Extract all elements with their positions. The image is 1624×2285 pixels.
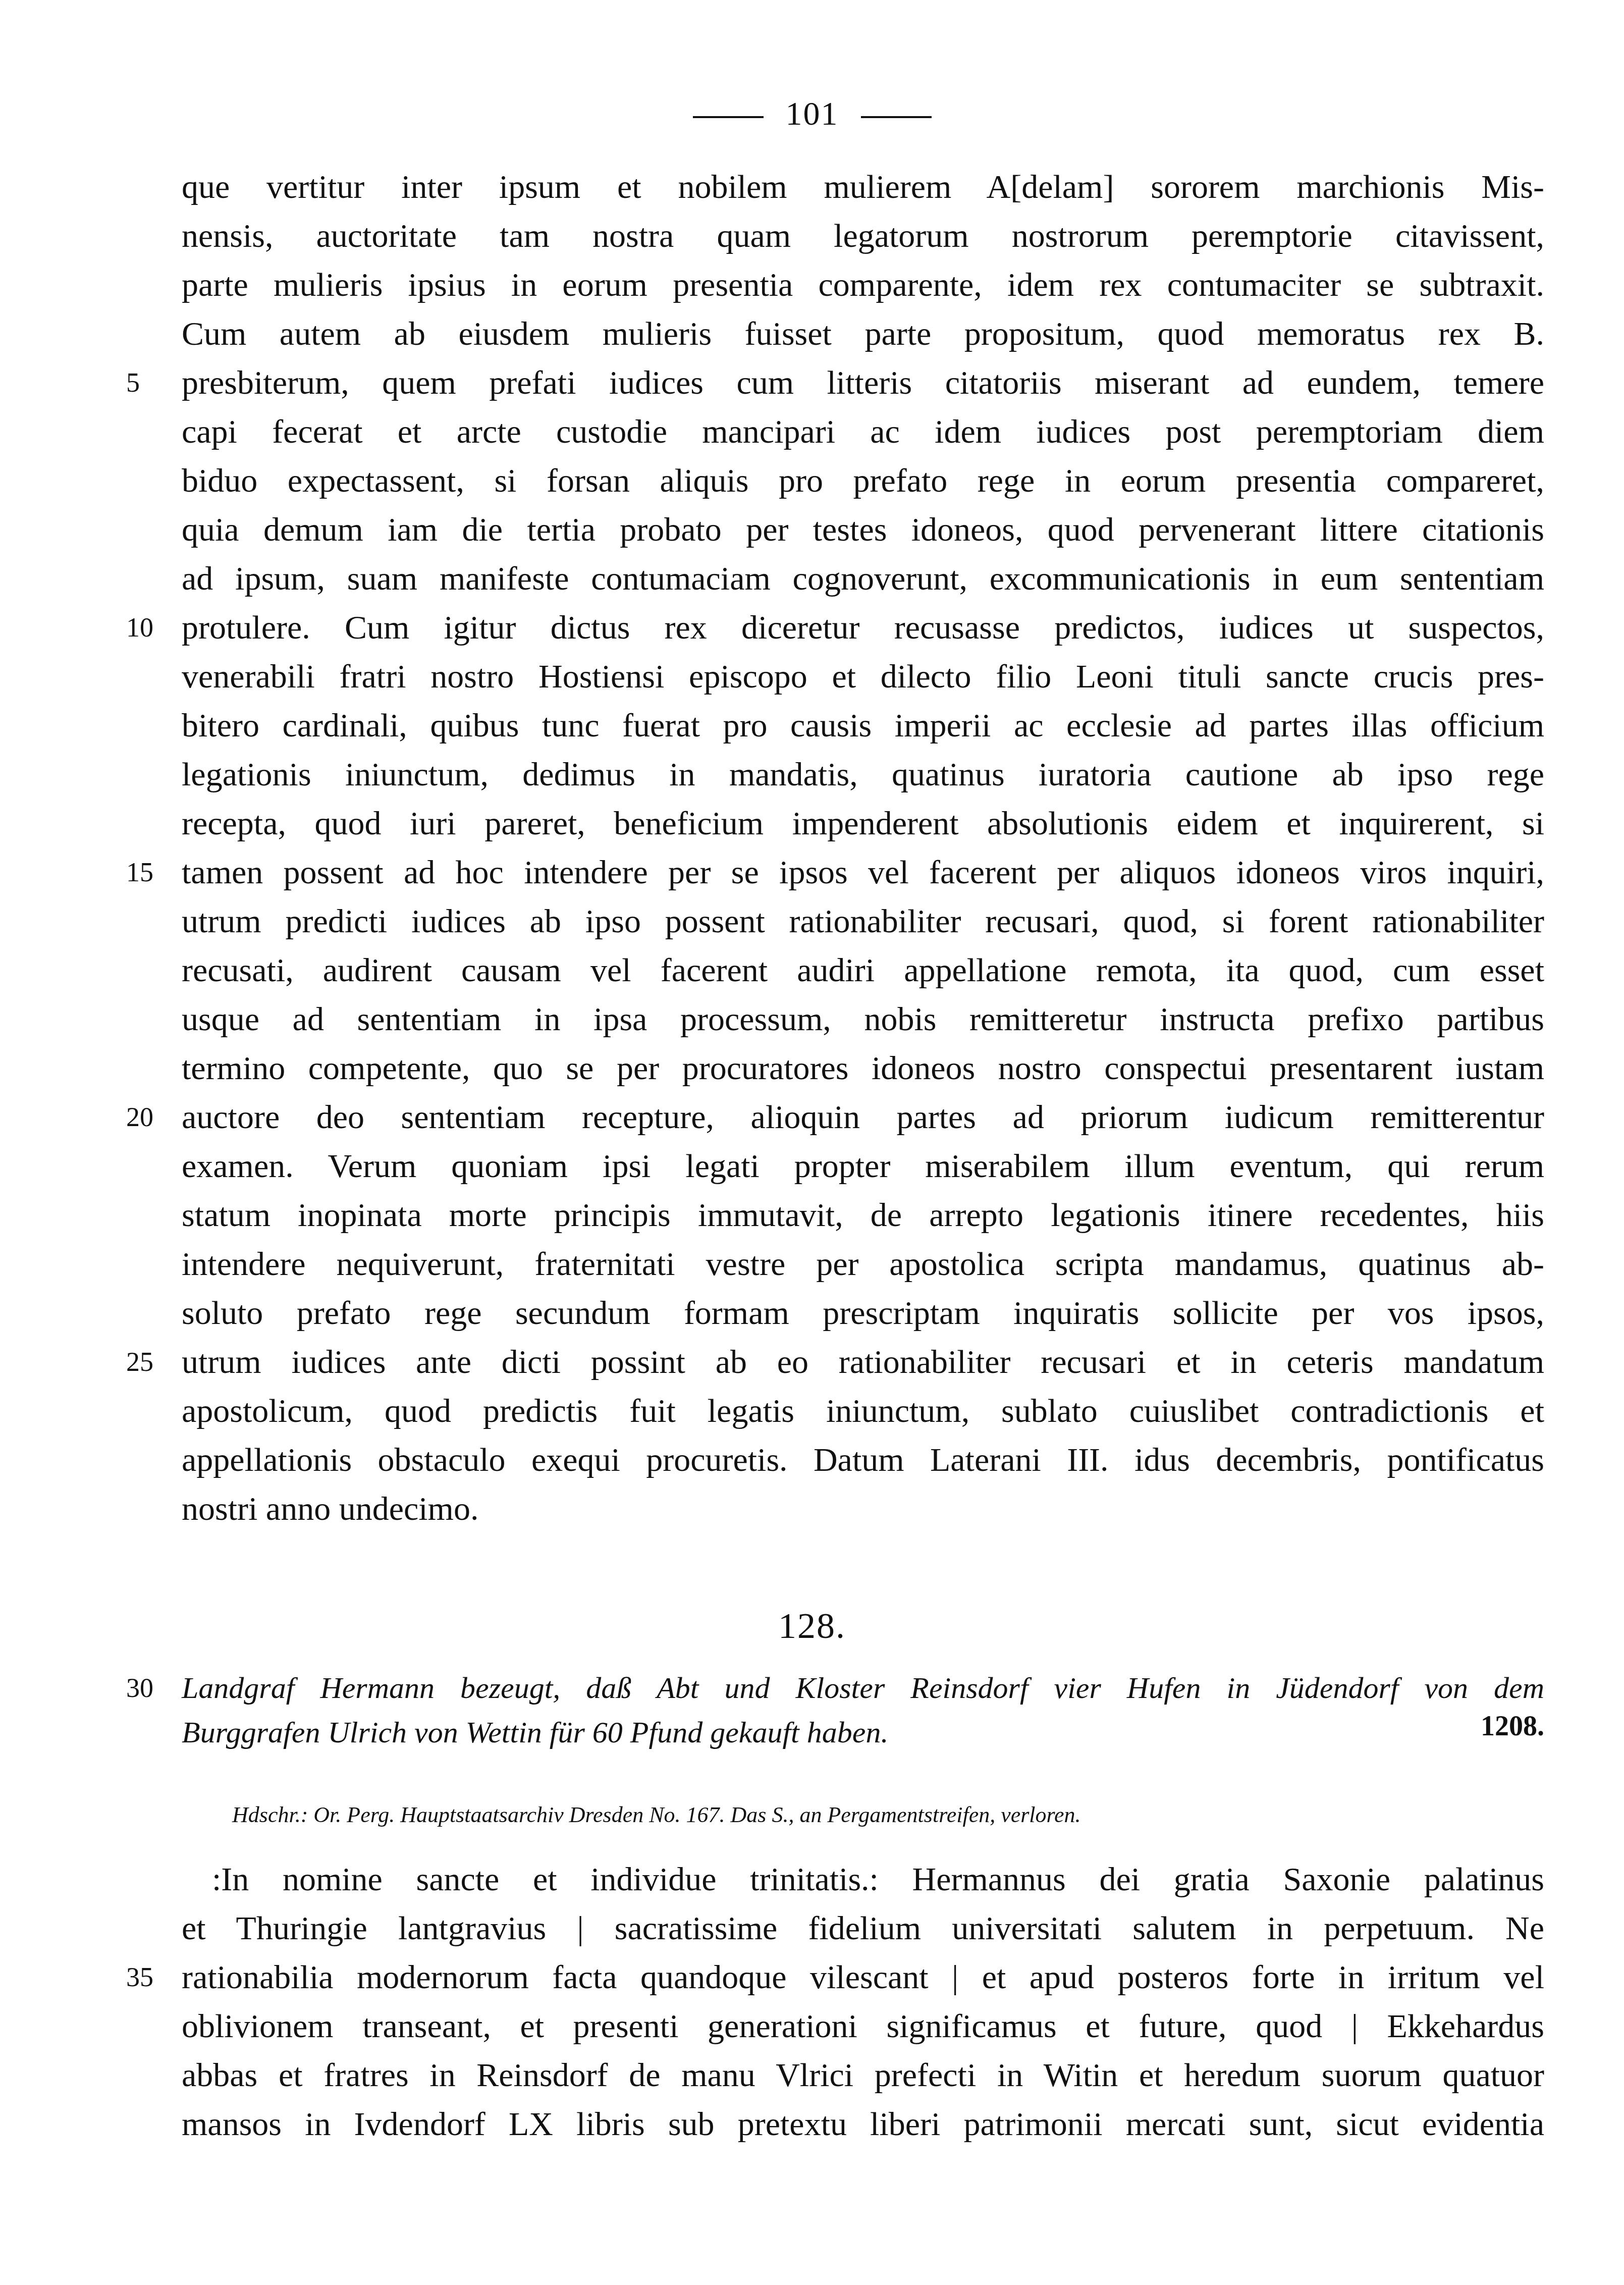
line-text: utrum iudices ante dicti possint ab eo r…	[182, 1344, 1544, 1380]
line-text: Cum autem ab eiusdem mulieris fuisset pa…	[182, 315, 1544, 352]
line-text: recusati, audirent causam vel facerent a…	[182, 952, 1544, 989]
line-text: parte mulieris ipsius in eorum presentia…	[182, 267, 1544, 303]
line-text: rationabilia modernorum facta quandoque …	[182, 1959, 1544, 1996]
regest-text: Burggrafen Ulrich von Wettin für 60 Pfun…	[182, 1716, 888, 1749]
line-text: statum inopinata morte principis immutav…	[182, 1197, 1544, 1234]
line-text: bitero cardinali, quibus tunc fuerat pro…	[182, 707, 1544, 744]
line-text: venerabili fratri nostro Hostiensi episc…	[182, 658, 1544, 695]
continuation-text-block: que vertitur inter ipsum et nobilem muli…	[182, 163, 1544, 1533]
line-number: 20	[126, 1093, 167, 1142]
line-text: presbiterum, quem prefati iudices cum li…	[182, 364, 1544, 401]
regest: 30 Landgraf Hermann bezeugt, daß Abt und…	[182, 1666, 1544, 1755]
document-number: 128.	[0, 1605, 1624, 1647]
text-line: nensis, auctoritate tam nostra quam lega…	[182, 211, 1544, 260]
line-text: oblivionem transeant, et presenti genera…	[182, 2008, 1544, 2045]
text-line: 25utrum iudices ante dicti possint ab eo…	[182, 1338, 1544, 1387]
text-line: intendere nequiverunt, fraternitati vest…	[182, 1240, 1544, 1289]
text-line: quia demum iam die tertia probato per te…	[182, 505, 1544, 554]
text-line: nostri anno undecimo.	[182, 1484, 1544, 1533]
header-rule-left	[693, 116, 764, 118]
line-number: 25	[126, 1338, 167, 1387]
charter-text-block: :In nomine sancte et individue trinitati…	[182, 1855, 1544, 2149]
source-note: Hdschr.: Or. Perg. Hauptstaatsarchiv Dre…	[232, 1802, 1081, 1828]
text-line: mansos in Ivdendorf LX libris sub pretex…	[182, 2100, 1544, 2149]
document-date: 1208.	[1481, 1710, 1544, 1742]
line-text: examen. Verum quoniam ipsi legati propte…	[182, 1148, 1544, 1185]
line-text: ad ipsum, suam manifeste contumaciam cog…	[182, 560, 1544, 597]
text-line: parte mulieris ipsius in eorum presentia…	[182, 260, 1544, 309]
text-line: legationis iniunctum, dedimus in mandati…	[182, 750, 1544, 799]
line-text: que vertitur inter ipsum et nobilem muli…	[182, 169, 1544, 205]
line-number: 30	[126, 1666, 167, 1710]
text-line: biduo expectassent, si forsan aliquis pr…	[182, 456, 1544, 505]
text-line: 5presbiterum, quem prefati iudices cum l…	[182, 358, 1544, 407]
line-text: capi fecerat et arcte custodie mancipari…	[182, 413, 1544, 450]
text-line: 35rationabilia modernorum facta quandoqu…	[182, 1953, 1544, 2002]
text-line: termino competente, quo se per procurato…	[182, 1044, 1544, 1093]
header-rule-right	[861, 116, 932, 118]
text-line: bitero cardinali, quibus tunc fuerat pro…	[182, 701, 1544, 750]
text-line: Cum autem ab eiusdem mulieris fuisset pa…	[182, 309, 1544, 358]
line-number: 35	[126, 1953, 167, 2002]
line-number: 15	[126, 848, 167, 897]
running-head: 101	[0, 95, 1624, 133]
line-text: utrum predicti iudices ab ipso possent r…	[182, 903, 1544, 940]
text-line: :In nomine sancte et individue trinitati…	[182, 1855, 1544, 1904]
line-text: soluto prefato rege secundum formam pres…	[182, 1295, 1544, 1332]
line-text: tamen possent ad hoc intendere per se ip…	[182, 854, 1544, 891]
line-text: legationis iniunctum, dedimus in mandati…	[182, 756, 1544, 793]
text-line: utrum predicti iudices ab ipso possent r…	[182, 897, 1544, 946]
line-text: nostri anno undecimo.	[182, 1491, 478, 1527]
line-text: auctore deo sententiam recepture, alioqu…	[182, 1099, 1544, 1136]
line-text: abbas et fratres in Reinsdorf de manu Vl…	[182, 2057, 1544, 2094]
line-number: 5	[126, 358, 167, 407]
line-text: intendere nequiverunt, fraternitati vest…	[182, 1246, 1544, 1283]
text-line: ad ipsum, suam manifeste contumaciam cog…	[182, 554, 1544, 603]
text-line: usque ad sententiam in ipsa processum, n…	[182, 995, 1544, 1044]
page-number: 101	[786, 95, 839, 132]
text-line: recusati, audirent causam vel facerent a…	[182, 946, 1544, 995]
text-line: venerabili fratri nostro Hostiensi episc…	[182, 652, 1544, 701]
text-line: abbas et fratres in Reinsdorf de manu Vl…	[182, 2051, 1544, 2100]
text-line: oblivionem transeant, et presenti genera…	[182, 2002, 1544, 2051]
text-line: apostolicum, quod predictis fuit legatis…	[182, 1387, 1544, 1436]
line-text: et Thuringie lantgravius | sacratissime …	[182, 1910, 1544, 1947]
text-line: examen. Verum quoniam ipsi legati propte…	[182, 1142, 1544, 1191]
text-line: capi fecerat et arcte custodie mancipari…	[182, 407, 1544, 456]
text-line: soluto prefato rege secundum formam pres…	[182, 1289, 1544, 1338]
text-line: et Thuringie lantgravius | sacratissime …	[182, 1904, 1544, 1953]
regest-line-2: Burggrafen Ulrich von Wettin für 60 Pfun…	[182, 1710, 1544, 1755]
text-line: recepta, quod iuri pareret, beneficium i…	[182, 799, 1544, 848]
line-text: mansos in Ivdendorf LX libris sub pretex…	[182, 2106, 1544, 2143]
line-text: :In nomine sancte et individue trinitati…	[212, 1861, 1544, 1898]
line-text: usque ad sententiam in ipsa processum, n…	[182, 1001, 1544, 1038]
line-text: quia demum iam die tertia probato per te…	[182, 511, 1544, 548]
text-line: 20auctore deo sententiam recepture, alio…	[182, 1093, 1544, 1142]
text-line: 10protulere. Cum igitur dictus rex dicer…	[182, 603, 1544, 652]
line-number: 10	[126, 603, 167, 652]
regest-text: Landgraf Hermann bezeugt, daß Abt und Kl…	[182, 1671, 1544, 1705]
line-text: nensis, auctoritate tam nostra quam lega…	[182, 218, 1544, 254]
line-text: biduo expectassent, si forsan aliquis pr…	[182, 462, 1544, 499]
line-text: termino competente, quo se per procurato…	[182, 1050, 1544, 1087]
regest-line-1: 30 Landgraf Hermann bezeugt, daß Abt und…	[182, 1666, 1544, 1710]
text-line: appellationis obstaculo exequi procureti…	[182, 1436, 1544, 1484]
line-text: appellationis obstaculo exequi procureti…	[182, 1442, 1544, 1478]
line-text: protulere. Cum igitur dictus rex diceret…	[182, 609, 1544, 646]
line-text: recepta, quod iuri pareret, beneficium i…	[182, 805, 1544, 842]
text-line: 15tamen possent ad hoc intendere per se …	[182, 848, 1544, 897]
text-line: statum inopinata morte principis immutav…	[182, 1191, 1544, 1240]
document-page: 101 que vertitur inter ipsum et nobilem …	[0, 0, 1624, 2285]
text-line: que vertitur inter ipsum et nobilem muli…	[182, 163, 1544, 211]
line-text: apostolicum, quod predictis fuit legatis…	[182, 1393, 1544, 1429]
